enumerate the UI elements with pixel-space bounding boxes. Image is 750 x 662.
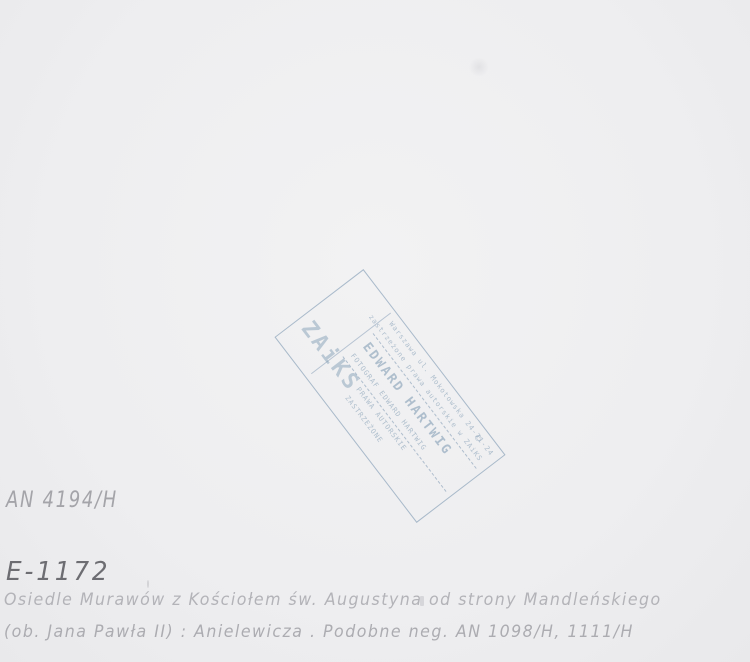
photographer-stamp: Warszawa ul. Mokotowska 24-71-24 zastrze… [274,269,505,523]
description-line-2: (ob. Jana Pawła II) : Anielewicza . Podo… [4,622,634,642]
paper-mark [147,580,149,588]
photo-back-paper: Warszawa ul. Mokotowska 24-71-24 zastrze… [0,0,750,662]
inventory-number: AN 4194/H [6,488,118,513]
stamp-frame: Warszawa ul. Mokotowska 24-71-24 zastrze… [274,269,505,523]
paper-stain [468,58,490,76]
description-line-1: Osiedle Murawów z Kościołem św. Augustyn… [4,590,662,610]
stamp-rights-line: zastrzeżone prawa autorskie w ZAiKS [367,313,484,463]
catalog-number: E-1172 [6,557,110,587]
